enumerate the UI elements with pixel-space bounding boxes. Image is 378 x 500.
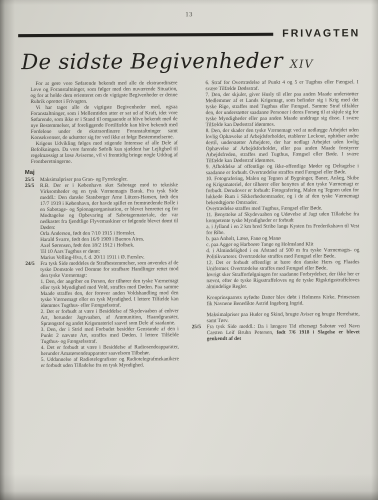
regulation-paragraph: 10. Fotografering, Malen og Tegnen af By… <box>206 175 359 212</box>
regulation-paragraph: 9. Afholdelse af offentlige og ikke-offe… <box>206 163 359 176</box>
article-title: De sidste BegivenhederXIV <box>21 48 378 74</box>
month-header: Maj <box>25 169 178 176</box>
regulation-paragraph: 12. Det er forbudt offentligt at bære de… <box>206 259 359 272</box>
scanned-magazine-page: 13 FRIVAGTEN De sidste BegivenhederXIV F… <box>0 0 378 500</box>
page-content: 13 FRIVAGTEN De sidste BegivenhederXIV F… <box>0 0 378 369</box>
news-entry: 25/5 R.B. Der er i København sket Sabota… <box>40 182 178 261</box>
news-entry: 25/5Fra tysk Side meddl.: Da i længere T… <box>207 323 360 342</box>
regulation-paragraph: Iøvrigt sker Strafforfølgningen for saad… <box>206 271 359 290</box>
article-body: For at gøre vore Søfarende bekendt med a… <box>24 79 360 369</box>
intro-paragraph: Krigens Udvikling følges med stigende In… <box>31 140 178 165</box>
regulation-paragraph: 6. Straf for Overtrædelse af Punkt 4 og … <box>205 79 358 92</box>
entry-date: 25/5 <box>192 324 201 330</box>
regulation-paragraph: 7. Den, der skjuler, giver Husly til ell… <box>205 91 358 128</box>
news-note: Kronprinsparrets nyfødte Datter blev døb… <box>207 294 360 307</box>
entry-text: R.B. Der er i København sket Sabotage mo… <box>40 182 178 261</box>
header-rule <box>18 32 273 36</box>
news-note: Maksimalpriser paa Huder og Skind, brugt… <box>207 311 360 324</box>
page-number: 13 <box>0 0 378 19</box>
masthead: FRIVAGTEN <box>18 27 360 41</box>
article-title-text: De sidste Begivenheder <box>21 49 283 74</box>
intro-paragraph: Vi har taget alle de vigtigste Begivenhe… <box>31 104 178 141</box>
entry-text: Fra tysk Side meddeles de Strafbestemmel… <box>40 260 179 369</box>
left-column: For at gøre vore Søfarende bekendt med a… <box>24 80 179 369</box>
entry-date: 25/5 <box>25 183 34 189</box>
right-column: 6. Straf for Overtrædelse af Punkt 4 og … <box>190 79 360 368</box>
brand-title: FRIVAGTEN <box>282 27 360 39</box>
intro-paragraph: For at gøre vore Søfarende bekendt med a… <box>30 80 177 105</box>
regulation-paragraph: 11. Benyttelse af Skydevaaben og Udøvels… <box>206 211 359 260</box>
news-entry: 24/5 Fra tysk Side meddeles de Strafbest… <box>40 260 179 369</box>
article-numeral: XIV <box>290 58 314 71</box>
regulation-paragraph: 8. Den, der skader den tyske Værnemagt v… <box>206 127 359 164</box>
entry-date: 24/5 <box>25 261 34 267</box>
